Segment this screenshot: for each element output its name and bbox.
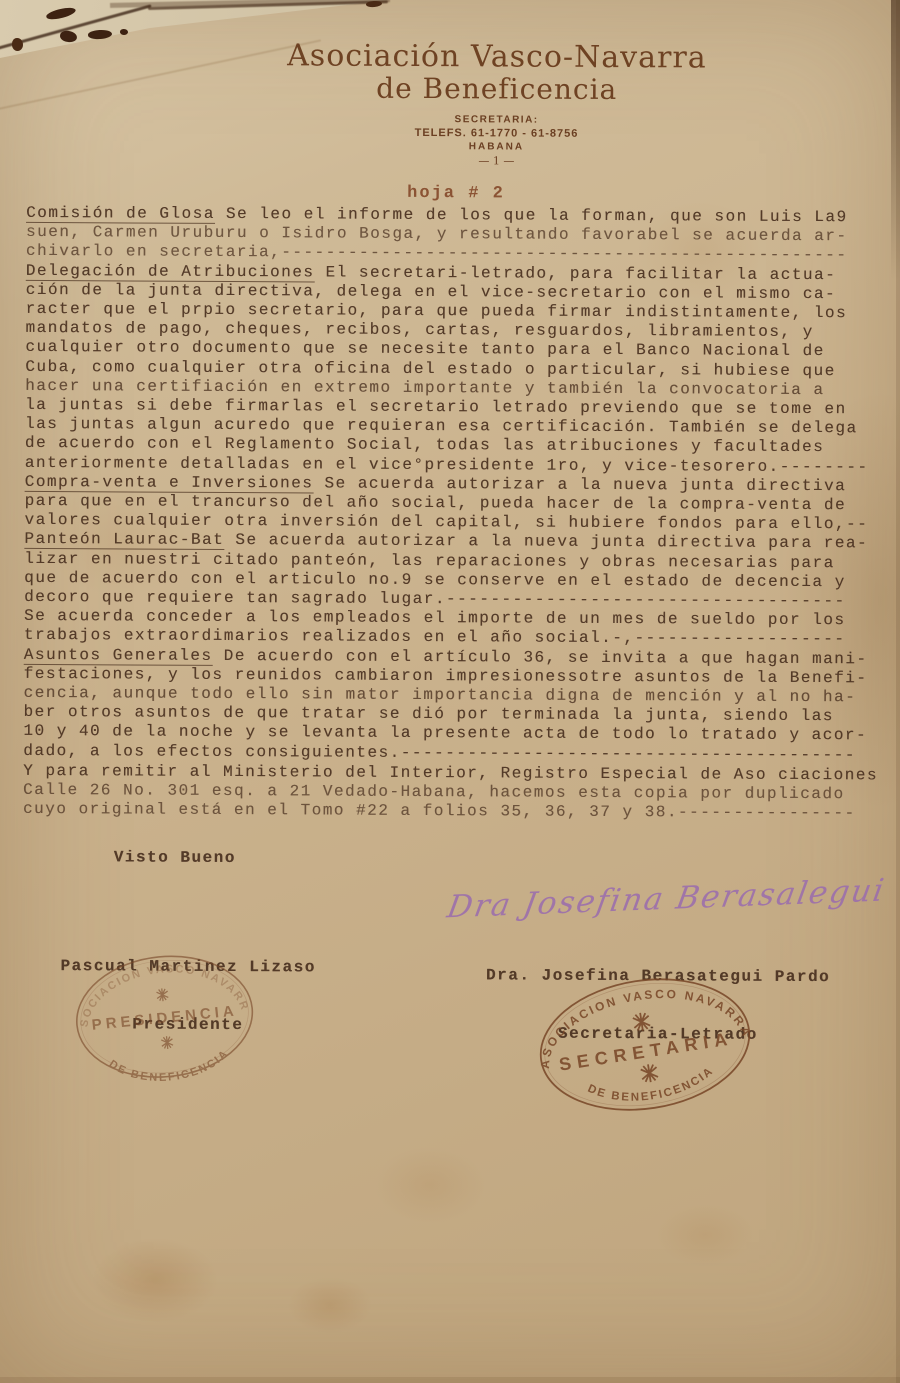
org-name-line1: Asociación Vasco-Navarra xyxy=(94,38,900,75)
section-heading: Asuntos Generales xyxy=(24,646,213,666)
svg-text:DE BENEFICENCIA: DE BENEFICENCIA xyxy=(106,1046,234,1089)
secretaria-rubber-stamp: ASOCIACION VASCO NAVARRA SECRETARIA DE B… xyxy=(517,952,778,1146)
section-heading: Comisión de Glosa xyxy=(26,204,215,224)
typed-line: cuyo original está en el Tomo #22 a foli… xyxy=(23,800,885,824)
scanned-document-page: Asociación Vasco-Navarra de Beneficencia… xyxy=(0,0,900,1383)
minutes-paragraph: Comisión de Glosa Se leo el informe de l… xyxy=(23,204,888,765)
page-number-label: hoja # 2 xyxy=(407,184,505,204)
visto-bueno-label: Visto Bueno xyxy=(114,848,236,868)
section-heading: Compra-venta e Inversiones xyxy=(25,473,314,494)
letterhead-divider: — 1 — xyxy=(93,152,899,169)
stamp-star-icon xyxy=(161,1036,173,1050)
handwritten-signature: Dra Josefina Berasalegui xyxy=(445,873,871,925)
stamp-star-icon xyxy=(156,988,168,1002)
remit-paragraph: Y para remitir al Ministerio del Interio… xyxy=(23,762,885,824)
letterhead: Asociación Vasco-Navarra de Beneficencia… xyxy=(93,38,900,169)
presidencia-rubber-stamp: ASOCIACION VASCO NAVARRA PRESIDENCIA DE … xyxy=(58,935,272,1104)
stamp-star-icon xyxy=(632,1012,651,1032)
stamp-center-text: PRESIDENCIA xyxy=(91,1002,238,1033)
org-name-line2: de Beneficencia xyxy=(94,71,900,107)
section-heading: Panteón Laurac-Bat xyxy=(24,530,224,550)
section-heading: Delegación de Atribuciones xyxy=(26,262,315,283)
stamp-arc-bottom: DE BENEFICENCIA xyxy=(106,1046,234,1089)
stamp-star-icon xyxy=(640,1063,659,1083)
